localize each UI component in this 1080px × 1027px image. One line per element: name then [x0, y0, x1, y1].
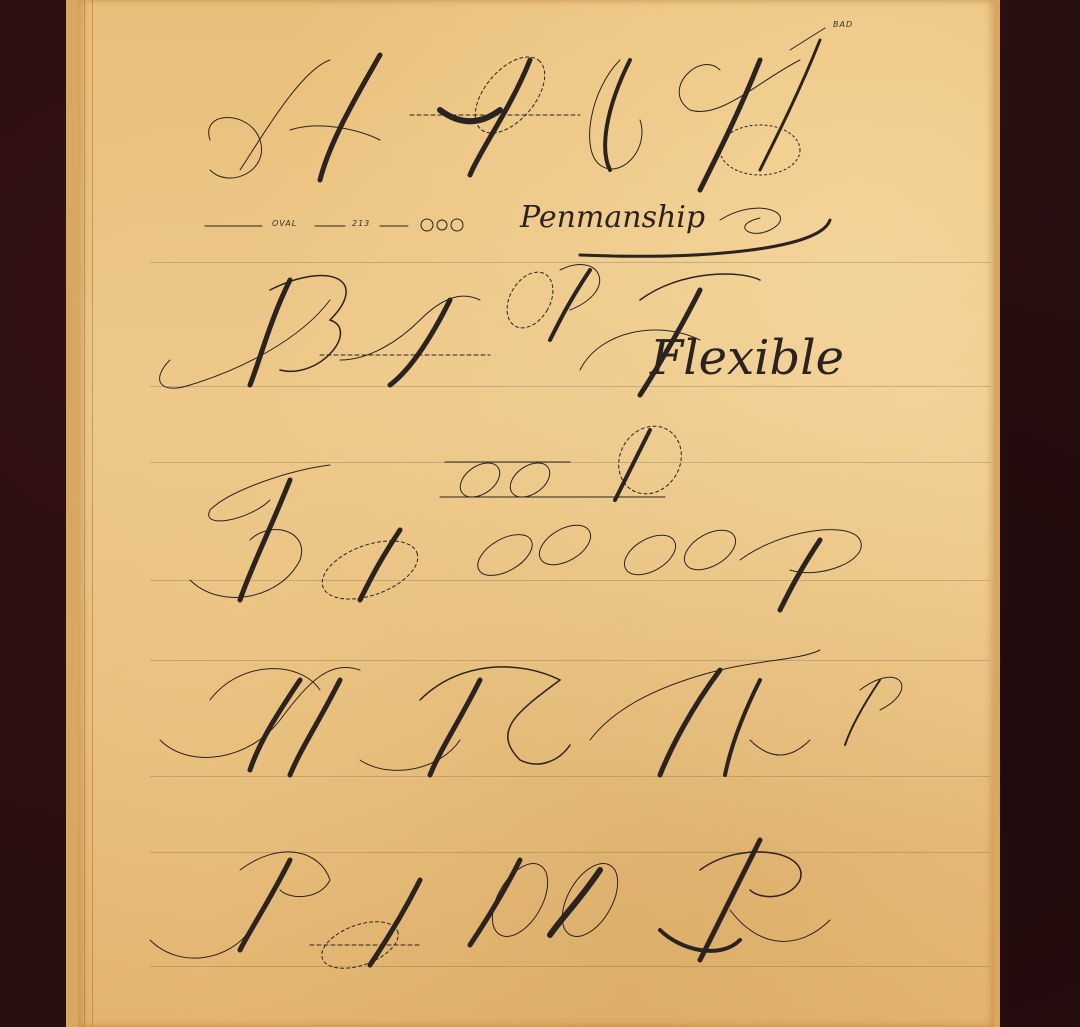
- calligraphy-strokes: [0, 0, 1080, 1027]
